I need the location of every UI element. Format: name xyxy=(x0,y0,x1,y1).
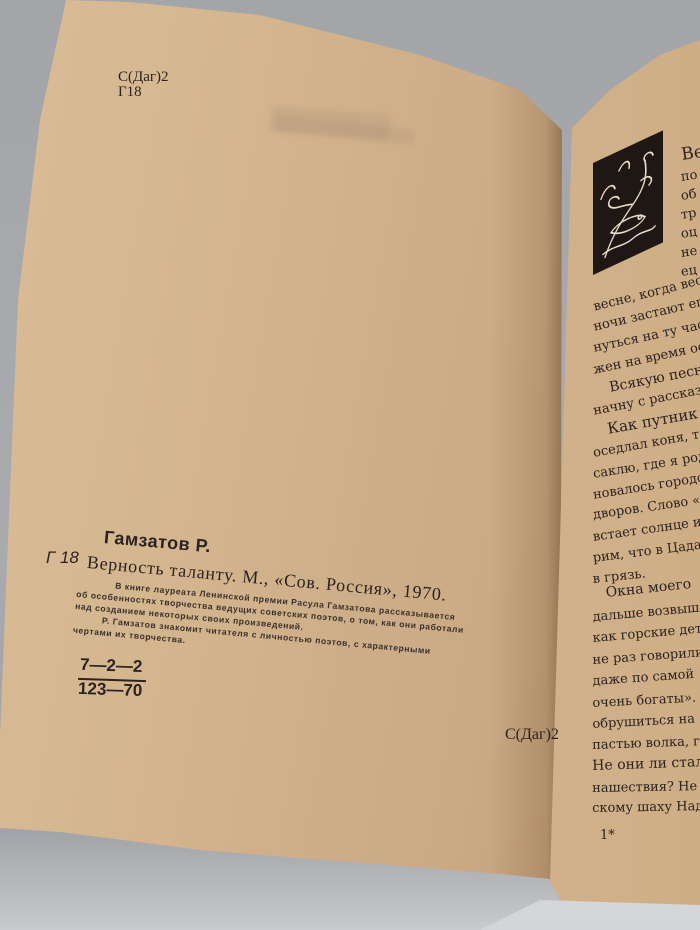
text-fragment: тр xyxy=(680,206,697,223)
catalog-code-line: Г18 xyxy=(118,85,169,100)
text-fragment: по xyxy=(680,168,698,185)
library-index: Г 18 xyxy=(46,548,79,568)
drop-cap-text: Ве xyxy=(680,142,700,165)
catalog-code-top: С(Даг)2 Г18 xyxy=(118,70,169,100)
catalog-code-bottom: С(Даг)2 xyxy=(505,726,559,744)
body-line: нашествия? Не xyxy=(592,779,697,796)
page-number: 1* xyxy=(600,828,615,843)
text-fragment: оц xyxy=(680,225,698,242)
text-fragment: не xyxy=(680,244,698,261)
price-code-numerator: 7—2—2 xyxy=(80,655,143,677)
price-code-denominator: 123—70 xyxy=(78,679,143,701)
body-line: скому шаху Над xyxy=(592,799,700,816)
text-fragment: об xyxy=(680,187,698,204)
catalog-code-line: С(Даг)2 xyxy=(118,70,169,85)
